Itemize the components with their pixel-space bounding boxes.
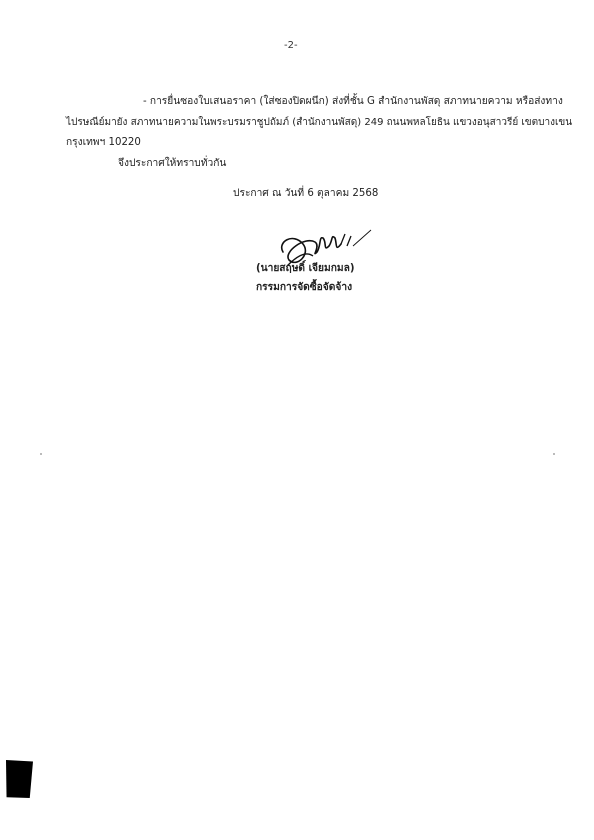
scan-speck xyxy=(553,453,555,455)
document-page: -2- - การยื่นซองใบเสนอราคา (ใส่ซองปิดผนึ… xyxy=(0,0,594,840)
paragraph-line-3: กรุงเทพฯ 10220 xyxy=(66,136,141,150)
page-number: -2- xyxy=(284,39,298,53)
scan-black-mark xyxy=(6,760,33,798)
paragraph-line-2: ไปรษณีย์มายัง สภาทนายความในพระบรมราชูปถั… xyxy=(66,116,572,130)
scan-speck xyxy=(40,453,42,455)
signatory-name: (นายสฤษดิ์ เจียมกมล) xyxy=(256,262,355,276)
closing-statement: จึงประกาศให้ทราบทั่วกัน xyxy=(118,157,226,171)
announcement-date: ประกาศ ณ วันที่ 6 ตุลาคม 2568 xyxy=(233,187,378,201)
signatory-title: กรรมการจัดซื้อจัดจ้าง xyxy=(256,281,352,295)
paragraph-line-1: - การยื่นซองใบเสนอราคา (ใส่ซองปิดผนึก) ส… xyxy=(143,95,563,109)
